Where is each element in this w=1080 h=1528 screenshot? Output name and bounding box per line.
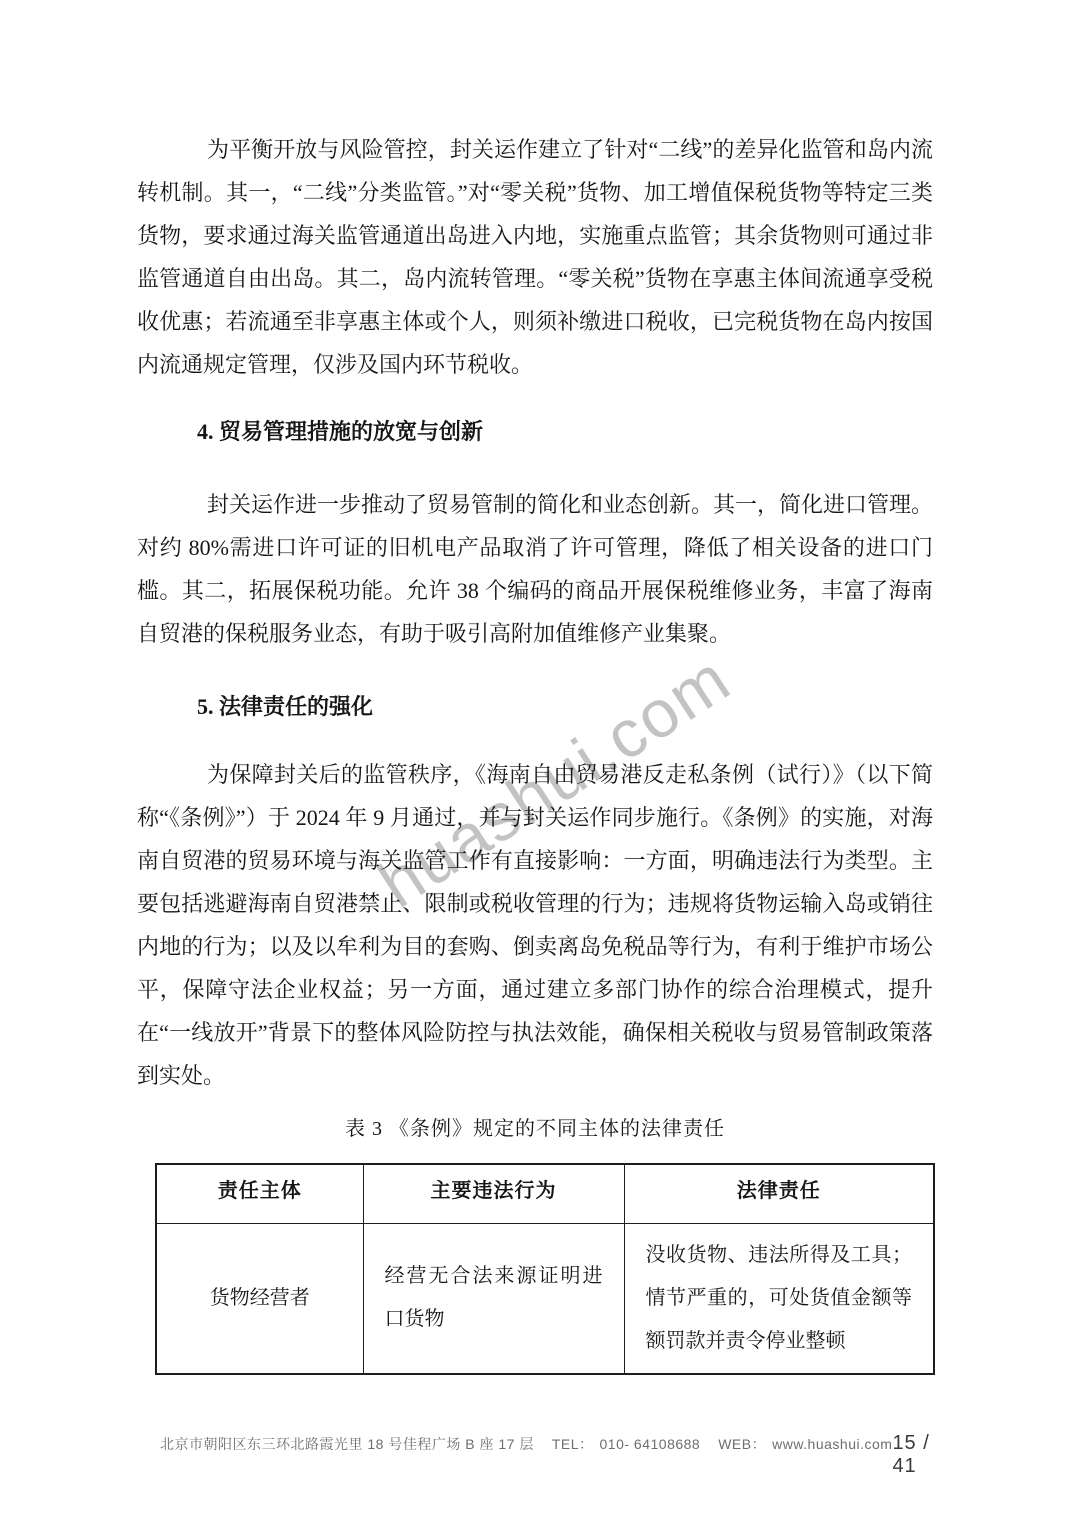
footer-web-label: WEB：	[718, 1434, 766, 1454]
footer-address: 北京市朝阳区东三环北路霞光里 18 号佳程广场 B 座 17 层	[160, 1434, 534, 1454]
footer-web-url: www.huashui.com	[772, 1436, 892, 1452]
paragraph-trade-management: 封关运作进一步推动了贸易管制的简化和业态创新。其一，简化进口管理。对约 80%需…	[137, 483, 933, 655]
page-content: 为平衡开放与风险管控，封关运作建立了针对“二线”的差异化监管和岛内流转机制。其一…	[137, 0, 933, 1375]
section-heading-5: 5. 法律责任的强化	[137, 685, 933, 728]
footer-tel-number: 010- 64108688	[600, 1436, 701, 1452]
table-caption: 表 3 《条例》规定的不同主体的法律责任	[137, 1114, 933, 1144]
footer-tel-label: TEL：	[552, 1434, 594, 1454]
page-footer: 北京市朝阳区东三环北路霞光里 18 号佳程广场 B 座 17 层 TEL： 01…	[160, 1432, 933, 1478]
legal-responsibility-table: 责任主体 主要违法行为 法律责任 货物经营者 经营无合法来源证明进口货物 没收货…	[155, 1163, 935, 1375]
table-header-subject: 责任主体	[156, 1164, 363, 1223]
table-cell-subject: 货物经营者	[156, 1223, 363, 1374]
document-page: huashui.com 为平衡开放与风险管控，封关运作建立了针对“二线”的差异化…	[0, 0, 1080, 1528]
table-cell-liability: 没收货物、违法所得及工具；情节严重的，可处货值金额等额罚款并责令停业整顿	[624, 1223, 934, 1374]
table-header-liability: 法律责任	[624, 1164, 934, 1223]
table-header-violation: 主要违法行为	[363, 1164, 624, 1223]
page-number: 15 / 41	[892, 1432, 933, 1478]
table-row: 货物经营者 经营无合法来源证明进口货物 没收货物、违法所得及工具；情节严重的，可…	[156, 1223, 934, 1374]
table-cell-violation: 经营无合法来源证明进口货物	[363, 1223, 624, 1374]
section-heading-4: 4. 贸易管理措施的放宽与创新	[137, 410, 933, 453]
footer-contact-info: 北京市朝阳区东三环北路霞光里 18 号佳程广场 B 座 17 层 TEL： 01…	[160, 1434, 892, 1454]
footer-tel: TEL： 010- 64108688	[552, 1434, 700, 1454]
paragraph-two-line-supervision: 为平衡开放与风险管控，封关运作建立了针对“二线”的差异化监管和岛内流转机制。其一…	[137, 128, 933, 386]
footer-web: WEB： www.huashui.com	[718, 1434, 892, 1454]
paragraph-legal-responsibility: 为保障封关后的监管秩序，《海南自由贸易港反走私条例（试行）》（以下简称“《条例》…	[137, 753, 933, 1097]
table-header-row: 责任主体 主要违法行为 法律责任	[156, 1164, 934, 1223]
